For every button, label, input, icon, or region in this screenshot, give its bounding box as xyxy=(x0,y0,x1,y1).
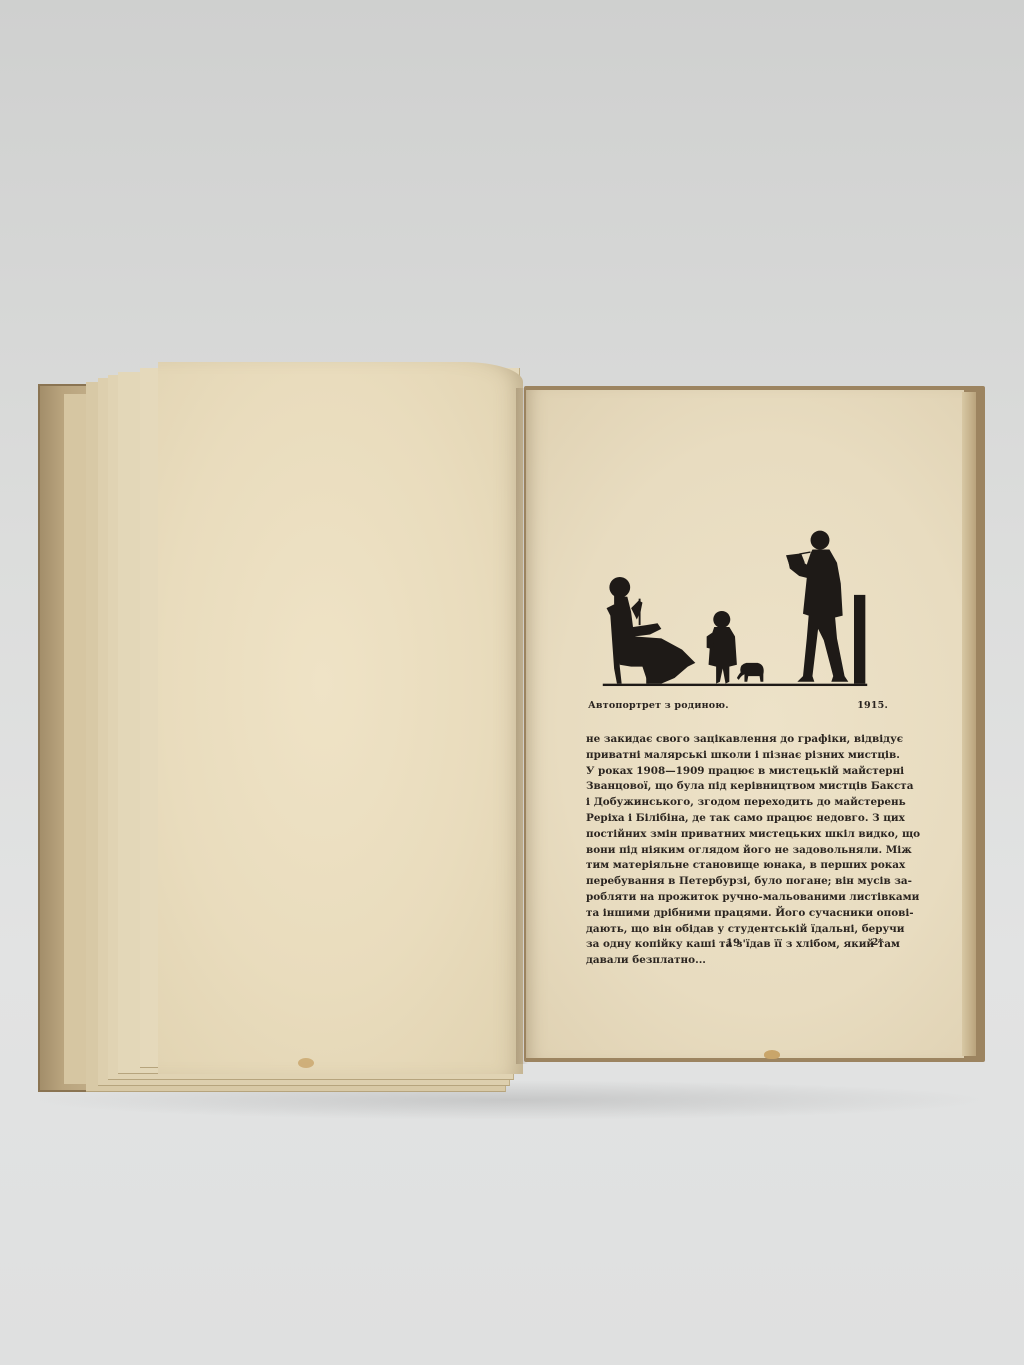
page-number: 19 xyxy=(726,938,740,949)
caption-title: Автопортрет з родиною. xyxy=(588,700,729,711)
signature-mark: 2* xyxy=(872,938,883,948)
illustration-caption: Автопортрет з родиною. 1915. xyxy=(588,700,888,711)
text-line: давали безплатно... xyxy=(586,953,890,969)
silhouette-family-illustration-icon xyxy=(590,525,880,695)
text-line: Реріха і Білібіна, де так само працює не… xyxy=(586,811,890,827)
page-stain xyxy=(764,1050,780,1059)
text-line: постійних змін приватних мистецьких шкіл… xyxy=(586,827,890,843)
text-line: не закидає свого зацікавлення до графіки… xyxy=(586,732,890,748)
text-line: дають, що він обідав у студентській їдал… xyxy=(586,922,890,938)
text-line: робляти на прожиток ручно-мальованими ли… xyxy=(586,890,890,906)
text-line: У роках 1908—1909 працює в мистецькій ма… xyxy=(586,764,890,780)
left-page-blank[interactable] xyxy=(158,362,523,1074)
book-gutter xyxy=(516,388,528,1064)
text-line: та іншими дрібними працями. Його сучасни… xyxy=(586,906,890,922)
text-line: приватні малярські школи і пізнає різних… xyxy=(586,748,890,764)
text-line: і Добужинського, згодом переходить до ма… xyxy=(586,795,890,811)
text-line: Званцової, що була під керівництвом мист… xyxy=(586,779,890,795)
caption-year: 1915. xyxy=(857,700,888,711)
text-line: вони під ніяким оглядом його не задоволь… xyxy=(586,843,890,859)
text-line: тим матеріяльне становище юнака, в перши… xyxy=(586,858,890,874)
page-body-text: не закидає свого зацікавлення до графіки… xyxy=(586,732,890,969)
text-line: перебування в Петербурзі, було погане; в… xyxy=(586,874,890,890)
right-page-edge xyxy=(962,392,976,1056)
page-stain xyxy=(298,1058,314,1068)
